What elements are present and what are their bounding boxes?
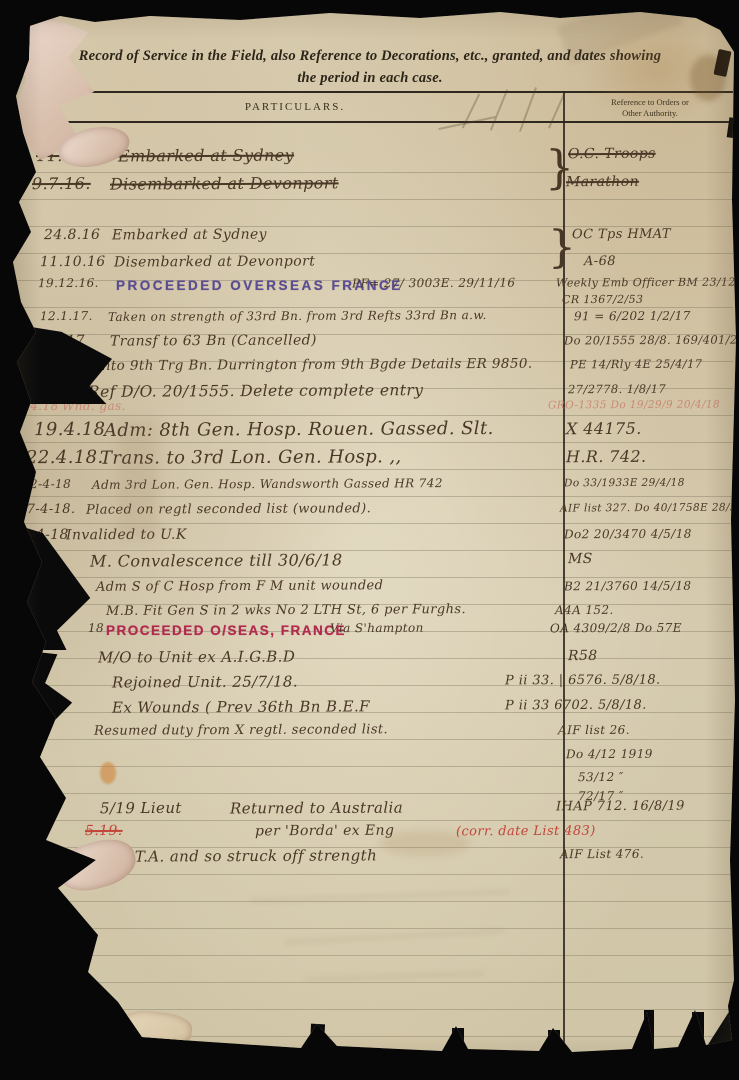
entry-date: 11.10.16 [40, 254, 106, 270]
ink-blot [713, 49, 731, 77]
entry-row: Ex Wounds ( Prev 36th Bn B.E.FP ii 33 67… [0, 698, 739, 724]
entry-particulars: Transf to 63 Bn (Cancelled) [110, 332, 317, 349]
entry-reference: Do 4/12 1919 [566, 747, 653, 761]
entry-row: 17-4-18.Placed on regtl seconded list (w… [0, 502, 739, 528]
entry-reference: AIF list 327. Do 40/1758E 28/5/18 [560, 501, 739, 514]
entry-particulars: Placed on regtl seconded list (wounded). [86, 501, 371, 517]
torn-notch [644, 1010, 654, 1066]
scanned-record-page: Record of Service in the Field, also Ref… [0, 0, 739, 1080]
entry-particulars: Invalided to U.K [66, 527, 187, 544]
entry-row: Rejoined Unit. 25/7/18.P ii 33. | 6576. … [0, 673, 739, 699]
entry-particulars: per 'Borda' ex Eng [255, 823, 394, 840]
entry-reference: AIF list 26. [558, 723, 630, 737]
entry-particulars: M/O to Unit ex A.I.G.B.D [98, 647, 295, 666]
ghost-scribble [519, 87, 537, 132]
entry-row: 19.12.16.PROCEEDED OVERSEAS FRANCEPF= 27… [0, 276, 739, 302]
torn-notch [727, 117, 739, 138]
stamp-text: PROCEEDED O/SEAS, FRANCE [106, 623, 346, 638]
torn-notch [309, 1024, 325, 1065]
entry-reference: Do 20/1555 28/8. 169/401/29 [564, 333, 739, 348]
entry-reference: AIF List 476. [560, 847, 644, 861]
entry-reference: IHAP 712. 16/8/19 [556, 799, 685, 815]
entry-reference: OA 4309/2/8 Do 57E [550, 621, 682, 636]
entry-reference: O.C. Troops [568, 146, 656, 162]
entry-particulars: Embarked at Sydney [112, 227, 267, 244]
title-line2: the period in each case. [297, 70, 442, 86]
ghost-scribble [490, 89, 508, 131]
entry-particulars: Rejoined Unit. 25/7/18. [112, 673, 298, 692]
entry-reference: P ii 33 6702. 5/8/18. [505, 698, 647, 714]
entry-particulars: Ex Wounds ( Prev 36th Bn B.E.F [112, 697, 370, 716]
entry-particulars: Disembarked at Devonport [110, 173, 339, 193]
entry-date: 19.12.16. [38, 276, 99, 290]
entry-date: 9.7.16. [32, 174, 91, 193]
stain [690, 55, 726, 101]
entry-reference: P ii 33. | 6576. 5/8/18. [505, 673, 661, 689]
page-title: Record of Service in the Field, also Ref… [58, 46, 682, 90]
entry-annotation: PF= 27/ 3003E. 29/11/16 [352, 276, 515, 291]
entry-note: (corr. date List 483) [456, 824, 596, 840]
entry-row: 24.8.16Embarked at SydneyOC Tps HMAT [0, 227, 739, 253]
entry-date: 12.1.17. [40, 309, 93, 323]
torn-notch [548, 1030, 560, 1064]
header-rule-top [24, 91, 733, 93]
entry-row: M/O to Unit ex A.I.G.B.DR58 [0, 648, 739, 674]
entry-reference: CR 1367/2/53 [562, 293, 643, 306]
entry-row: 19.4.18Adm: 8th Gen. Hosp. Rouen. Gassed… [0, 419, 739, 445]
torn-notch [692, 1012, 704, 1062]
entry-row: 5/19 LieutReturned to AustraliaIHAP 712.… [0, 799, 739, 825]
entry-particulars: Disembarked at Devonport [114, 253, 315, 270]
entry-reference: Do 33/1933E 29/4/18 [564, 477, 685, 490]
entry-row: M. Convalescence till 30/6/18MS [0, 551, 739, 577]
entry-row: 18PROCEEDED O/SEAS, FRANCEVia S'hamptonO… [0, 621, 739, 647]
entry-particulars: Adm S of C Hosp from F M unit wounded [96, 578, 383, 595]
entry-row: 16Mchd into 9th Trg Bn. Durrington from … [0, 357, 739, 383]
entry-reference: H.R. 742. [566, 447, 647, 466]
title-line1: Record of Service in the Field, also Ref… [79, 48, 661, 64]
entry-reference: OC Tps HMAT [572, 227, 671, 243]
entry-particulars: R.T.A. and so struck off strength [118, 846, 377, 865]
entry-reference: B2 21/3760 14/5/18 [564, 579, 691, 594]
entry-reference: Marathon [566, 174, 639, 190]
entry-reference: X 44175. [566, 419, 642, 438]
entry-annotation: Via S'hampton [330, 621, 424, 635]
entry-reference: MS [568, 551, 593, 567]
entry-reference: Do2 20/3470 4/5/18 [564, 527, 692, 542]
entry-particulars: Adm: 8th Gen. Hosp. Rouen. Gassed. Slt. [104, 418, 494, 441]
entry-date: 22.4.18. [26, 447, 104, 468]
entry-reference: A-68 [584, 254, 616, 269]
entry-particulars: Taken on strength of 33rd Bn. from 3rd R… [108, 308, 487, 324]
entry-row: 22.4.18.Trans. to 3rd Lon. Gen. Hosp. ,,… [0, 447, 739, 473]
entry-particulars: M.B. Fit Gen S in 2 wks No 2 LTH St, 6 p… [106, 602, 466, 619]
entry-particulars: Adm 3rd Lon. Gen. Hosp. Wandsworth Gasse… [92, 476, 443, 492]
entry-reference: A4A 152. [555, 603, 614, 617]
entry-particulars: Trans. to 3rd Lon. Gen. Hosp. ,, [100, 446, 402, 469]
entry-particulars: Resumed duty from X regtl. seconded list… [94, 722, 388, 739]
entry-row: Resumed duty from X regtl. seconded list… [0, 723, 739, 749]
entry-reference: R58 [568, 648, 598, 664]
entry-date: 18 [88, 621, 104, 635]
entry-date: 24.8.16 [44, 227, 100, 243]
column-header-particulars: PARTICULARS. [120, 101, 470, 113]
entry-particulars: M. Convalescence till 30/6/18 [90, 550, 343, 570]
header-rule-bottom [24, 121, 733, 123]
entry-row: 9.7.16.Disembarked at DevonportMarathon [0, 174, 739, 200]
entry-reference: 91 = 6/202 1/2/17 [574, 309, 691, 324]
entry-row: 12.1.17.Taken on strength of 33rd Bn. fr… [0, 309, 739, 335]
entry-date: 5/19 Lieut [100, 799, 182, 817]
entry-date: 5.19. [85, 823, 123, 839]
entry-particulars: Ref D/O. 20/1555. Delete complete entry [88, 381, 423, 401]
entry-row: 5.5.17Transf to 63 Bn (Cancelled)Do 20/1… [0, 333, 739, 359]
entry-particulars: Returned to Australia [230, 799, 403, 818]
entry-reference: PE 14/Rly 4E 25/4/17 [570, 357, 703, 372]
entry-reference: Weekly Emb Officer BM 23/12/16 [556, 275, 739, 289]
entry-date: 19.4.18 [34, 419, 106, 440]
entry-reference: GRO-1335 Do 19/29/9 20/4/18 [548, 399, 720, 412]
entry-date: 22-4-18 [22, 477, 71, 491]
torn-notch [452, 1028, 464, 1064]
entry-reference: 27/2778. 1/8/17 [568, 382, 666, 397]
entry-date: 17-4-18. [18, 502, 76, 517]
entry-row: Adm S of C Hosp from F M unit woundedB2 … [0, 579, 739, 605]
entry-reference: 53/12 ″ [578, 770, 624, 784]
paper-sheet: Record of Service in the Field, also Ref… [0, 0, 739, 1080]
entry-particulars: Embarked at Sydney [118, 146, 294, 166]
column-header-reference: Reference to Orders or Other Authority. [572, 97, 728, 118]
entry-particulars: Mchd into 9th Trg Bn. Durrington from 9t… [52, 356, 533, 375]
entry-row: 21-4-18Invalided to U.KDo2 20/3470 4/5/1… [0, 527, 739, 553]
entry-row: 22-4-18Adm 3rd Lon. Gen. Hosp. Wandswort… [0, 477, 739, 503]
